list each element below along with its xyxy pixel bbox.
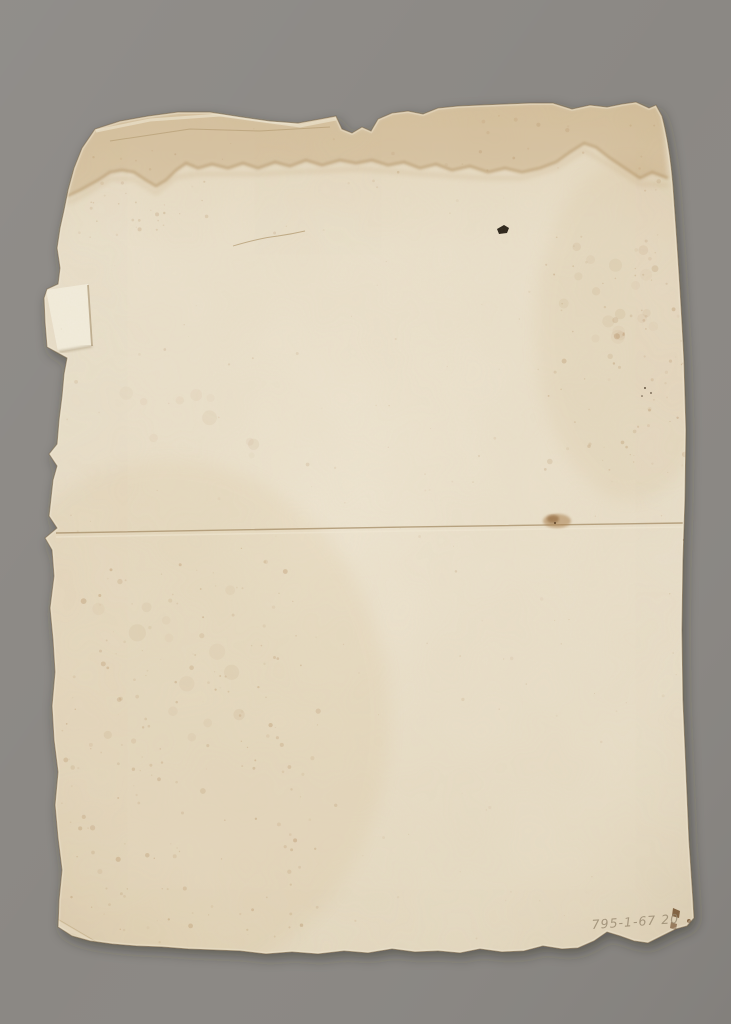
archival-paper-photo: 795-1-67 20: [0, 0, 731, 1024]
paper-grain: [40, 95, 700, 965]
photo-stage: 795-1-67 20: [0, 0, 731, 1024]
